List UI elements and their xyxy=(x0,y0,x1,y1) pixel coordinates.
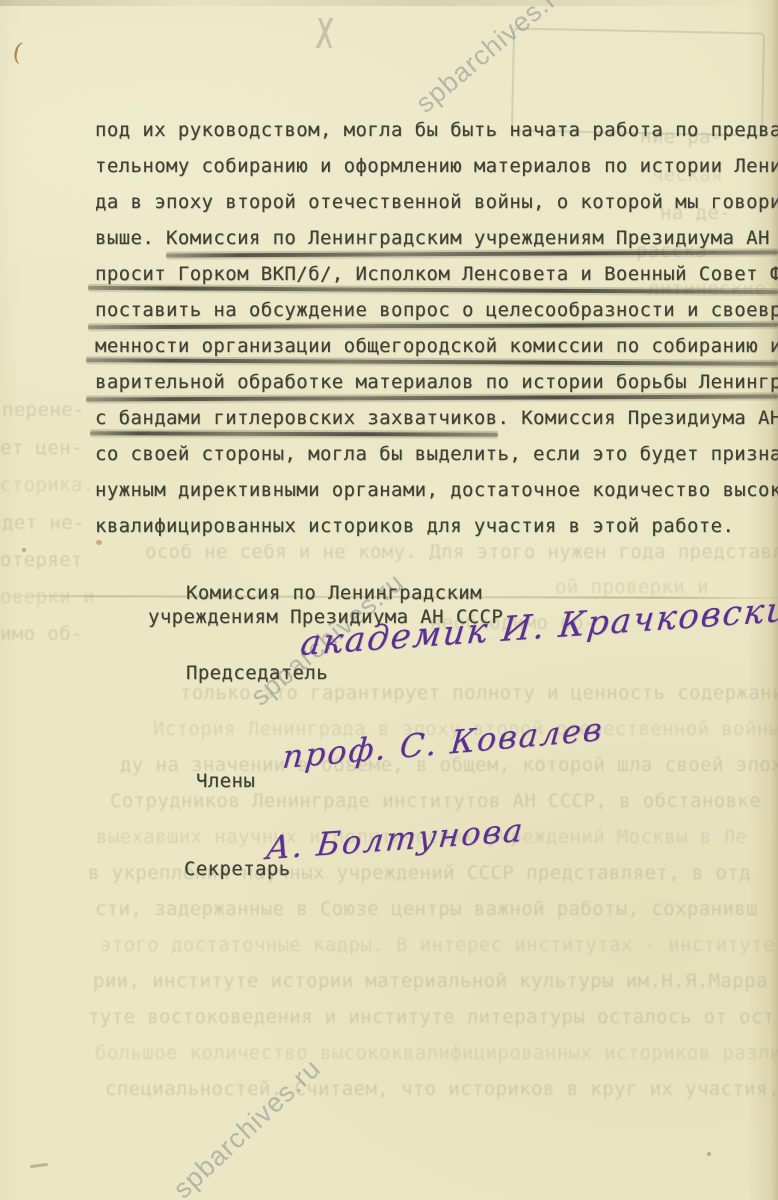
bleedthrough-text: особ не себя и не кому. Для этого нужен … xyxy=(145,541,778,563)
bleedthrough-text: перене- xyxy=(2,399,85,421)
bleedthrough-text: туте востоковедения и институте литерату… xyxy=(88,1006,775,1028)
signature-role-members: Члены xyxy=(196,763,255,799)
handwritten-signature-secretary: А. Болтунова xyxy=(264,811,526,867)
bleedthrough-text: отеряет xyxy=(0,549,83,571)
paper-speck xyxy=(707,1152,711,1156)
paper-stain-mark: ( xyxy=(11,37,25,66)
typed-line: под их руководством, могла бы быть начат… xyxy=(95,112,778,148)
bleedthrough-text: сти, задержанные в Союзе центры важной р… xyxy=(95,898,758,920)
bleedthrough-text: этого достаточные кадры. В интерес инсти… xyxy=(100,934,775,956)
watermark-text: spbarchives.ru xyxy=(167,1053,327,1200)
bleedthrough-text: имо об- xyxy=(0,623,83,645)
typed-line: да в эпоху второй отечественной войны, о… xyxy=(95,184,778,220)
bleedthrough-text: рии, институте истории материальной куль… xyxy=(93,970,768,992)
bleedthrough-text: дет не- xyxy=(2,512,85,534)
typed-line: с бандами гитлеровских захватчиков. Коми… xyxy=(95,400,778,436)
paper-speck xyxy=(22,548,26,552)
bleedthrough-text: специальностей. Считаем, что историков в… xyxy=(105,1078,778,1100)
document-scan: spbarchives.ruspbarchives.ruspbarchives.… xyxy=(0,0,778,1200)
pencil-scribble-mark xyxy=(308,18,342,48)
bleedthrough-text: сторика. xyxy=(0,474,95,496)
typed-line: тельному собиранию и оформлению материал… xyxy=(95,148,778,184)
pencil-dash-mark xyxy=(30,1163,48,1168)
bleedthrough-text: ет цен- xyxy=(0,437,83,459)
typed-line: со своей стороны, могла бы выделить, есл… xyxy=(95,436,778,472)
bleedthrough-text: большое количество высококвалифицированн… xyxy=(95,1042,778,1064)
typed-line: нужным директивными органами, достаточно… xyxy=(95,472,778,508)
typed-line: квалифицированных историков для участия … xyxy=(95,508,734,544)
bleedthrough-text: ой проверки и xyxy=(555,576,709,598)
